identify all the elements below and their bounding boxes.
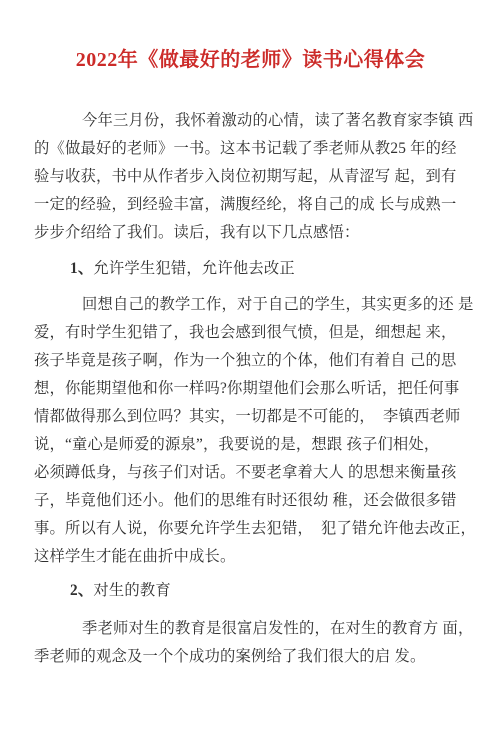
section-2-heading-text: 对生的教育: [93, 582, 171, 599]
intro-paragraph: 今年三月份，我怀着激动的心情，读了著名教育家李镇 西 的《做最好的老师》一书。这…: [34, 107, 467, 247]
section-1-heading: 1、允许学生犯错，允许他去改正: [34, 255, 467, 283]
section-2-body: 季老师对生的教育是很富启发性的，在对生的教育方 面， 季老师的观念及一个个成功的…: [34, 615, 467, 671]
section-2-number: 2、: [70, 582, 93, 599]
section-1-body: 回想自己的教学工作，对于自己的学生，其实更多的还 是 爱，有时学生犯错了，我也会…: [34, 291, 467, 571]
section-1-number: 1、: [70, 260, 93, 277]
section-1-heading-text: 允许学生犯错，允许他去改正: [93, 260, 294, 277]
document-page: 2022年《做最好的老师》读书心得体会 今年三月份，我怀着激动的心情，读了著名教…: [0, 0, 500, 743]
section-2-heading: 2、对生的教育: [34, 577, 467, 605]
document-title: 2022年《做最好的老师》读书心得体会: [34, 45, 467, 75]
